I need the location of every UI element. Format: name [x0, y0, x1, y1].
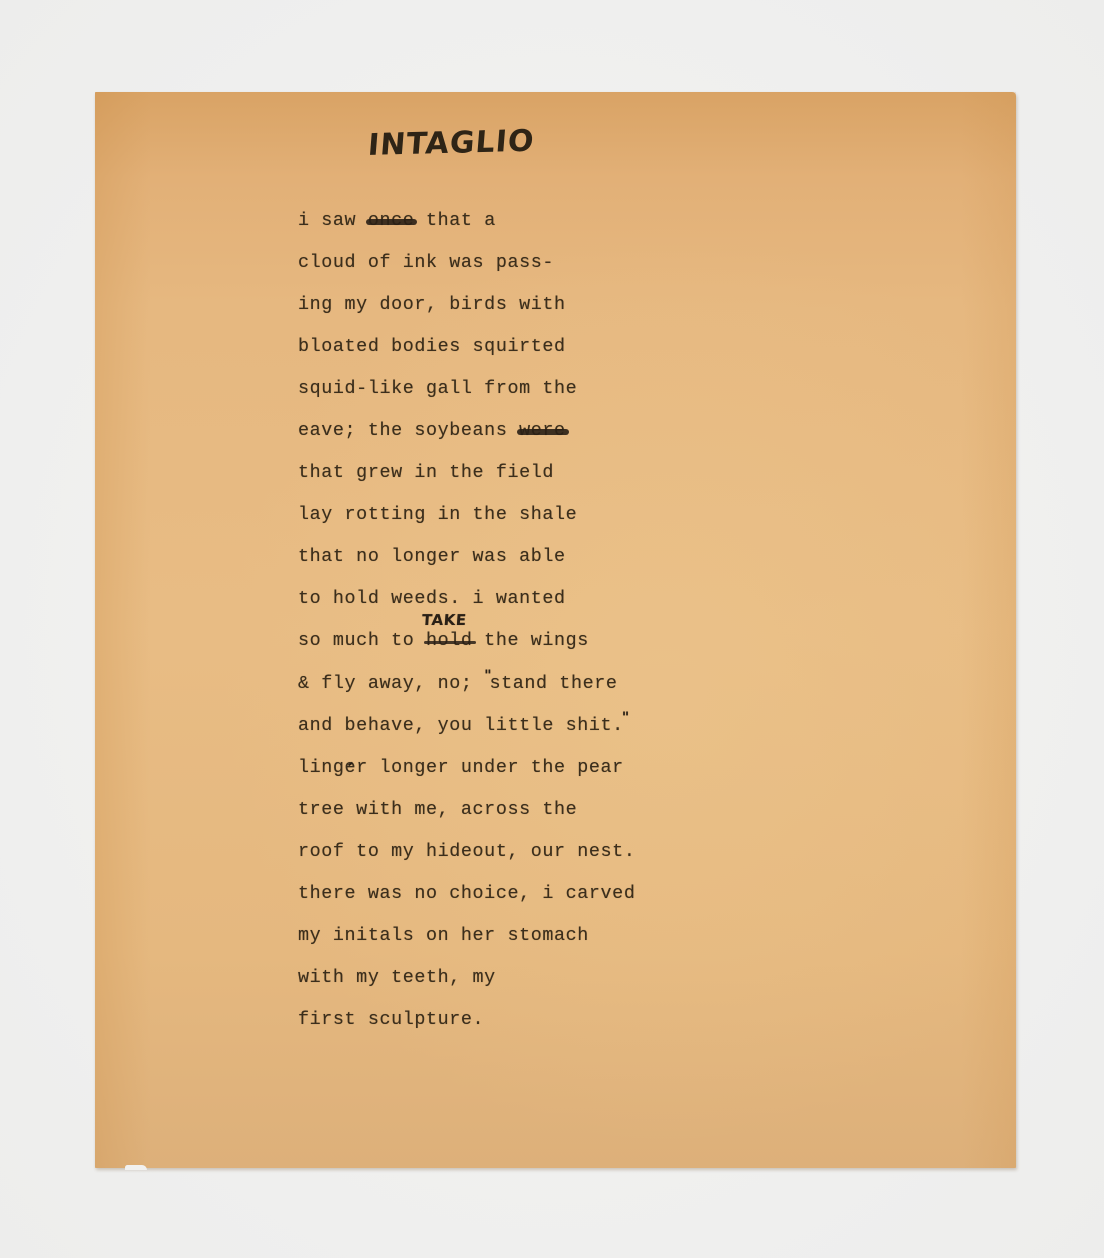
line-text: r longer under the pear: [356, 757, 624, 778]
poem-line-6: eave; the soybeans were: [298, 415, 635, 457]
struck-word: were: [519, 420, 566, 441]
line-text: & fly away, no;: [298, 673, 484, 694]
torn-corner: [125, 1165, 147, 1170]
line-text: that a: [414, 210, 495, 231]
handwritten-open-quote: ": [484, 668, 489, 684]
poem-line-12: & fly away, no; "stand there: [298, 668, 635, 710]
poem-body: i saw once that a cloud of ink was pass-…: [298, 205, 635, 1046]
struck-word: hold: [426, 630, 473, 651]
poem-line-2: cloud of ink was pass-: [298, 247, 635, 289]
handwritten-close-quote: ": [622, 710, 627, 726]
poem-line-9: that no longer was able: [298, 541, 635, 583]
revision: TAKEhold: [426, 625, 473, 657]
poem-line-18: my initals on her stomach: [298, 920, 635, 962]
poem-line-20: first sculpture.: [298, 1004, 635, 1046]
line-text: the wings: [473, 630, 589, 651]
poem-line-16: roof to my hideout, our nest.: [298, 836, 635, 878]
poem-line-3: ing my door, birds with: [298, 289, 635, 331]
poem-line-14: linger longer under the pear: [298, 752, 635, 794]
poem-line-11: so much to TAKEhold the wings: [298, 625, 635, 667]
handwritten-title: INTAGLIO: [367, 124, 536, 163]
poem-line-7: that grew in the field: [298, 457, 635, 499]
line-text: i saw: [298, 210, 368, 231]
poem-line-15: tree with me, across the: [298, 794, 635, 836]
poem-line-4: bloated bodies squirted: [298, 331, 635, 373]
poem-line-8: lay rotting in the shale: [298, 499, 635, 541]
struck-word: once: [368, 210, 415, 231]
poem-line-1: i saw once that a: [298, 205, 635, 247]
line-text: and behave, you little shit.: [298, 715, 624, 736]
line-text: eave; the soybeans: [298, 420, 519, 441]
line-text: ling: [298, 757, 345, 778]
line-text: so much to: [298, 630, 426, 651]
poem-line-17: there was no choice, i carved: [298, 878, 635, 920]
poem-line-13: and behave, you little shit.": [298, 710, 635, 752]
poem-line-19: with my teeth, my: [298, 962, 635, 1004]
poem-line-5: squid-like gall from the: [298, 373, 635, 415]
line-text: stand there: [489, 673, 617, 694]
corrected-letter: e: [345, 757, 357, 778]
